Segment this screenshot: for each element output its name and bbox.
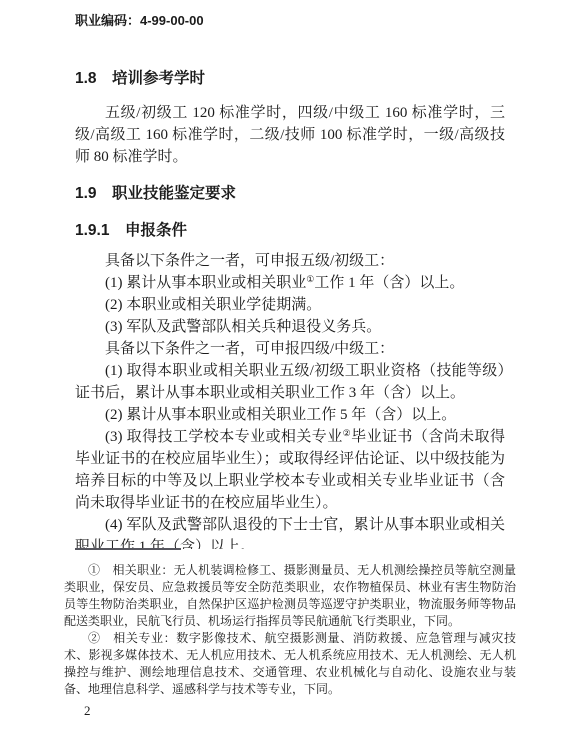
para-level4-condition-3: (3) 取得技工学校本专业或相关专业②毕业证书（含尚未取得毕业证书的在校应届毕业… [75, 426, 505, 514]
footnote-related-occupations: ① 相关职业：无人机装调检修工、摄影测量员、无人机测绘操控员等航空测量类职业，保… [64, 562, 516, 630]
para-level5-condition-1: (1) 累计从事本职业或相关职业①工作 1 年（含）以上。 [75, 272, 505, 294]
job-code-header: 职业编码：4-99-00-00 [75, 12, 505, 30]
footnote-separator [75, 548, 181, 550]
main-content: 职业编码：4-99-00-00 1.8 培训参考学时 五级/初级工 120 标准… [0, 0, 576, 549]
para-level4-condition-1: (1) 取得本职业或相关职业五级/初级工职业资格（技能等级）证书后，累计从事本职… [75, 360, 505, 404]
para-level5-condition-2: (2) 本职业或相关职业学徒期满。 [75, 294, 505, 316]
section-heading-1-8: 1.8 培训参考学时 [75, 68, 505, 89]
section-heading-1-9: 1.9 职业技能鉴定要求 [75, 183, 505, 204]
section-heading-1-9-1: 1.9.1 申报条件 [75, 220, 505, 241]
para-apply-level5-intro: 具备以下条件之一者，可申报五级/初级工： [75, 250, 505, 272]
document-page: 职业编码：4-99-00-00 1.8 培训参考学时 五级/初级工 120 标准… [0, 0, 576, 733]
footnote-related-majors: ② 相关专业：数字影像技术、航空摄影测量、消防救援、应急管理与减灾技术、影视多媒… [64, 630, 516, 698]
para-level4-condition-2: (2) 累计从事本职业或相关职业工作 5 年（含）以上。 [75, 404, 505, 426]
para-apply-level4-intro: 具备以下条件之一者，可申报四级/中级工： [75, 338, 505, 360]
footnote-area: ① 相关职业：无人机装调检修工、摄影测量员、无人机测绘操控员等航空测量类职业，保… [64, 562, 516, 698]
page-number: 2 [84, 703, 91, 719]
training-hours-paragraph: 五级/初级工 120 标准学时，四级/中级工 160 标准学时，三级/高级工 1… [75, 102, 505, 168]
para-level4-condition-4: (4) 军队及武警部队退役的下士士官，累计从事本职业或相关职业工作 1 年（含）… [75, 514, 505, 549]
para-level5-condition-3: (3) 军队及武警部队相关兵种退役义务兵。 [75, 316, 505, 338]
